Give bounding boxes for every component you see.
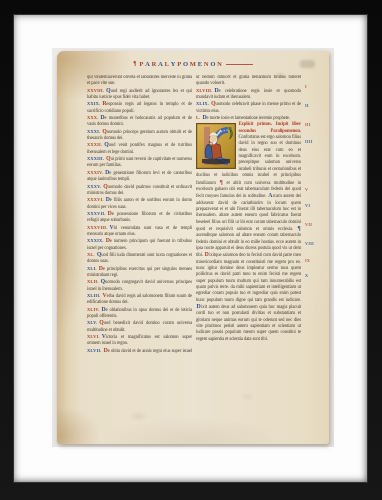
entry-text: e morte iosie et lamentatione ieremie pr…: [207, 116, 290, 121]
chapter-numeral: XLVI.: [87, 334, 102, 339]
figure-cloak: [205, 145, 213, 159]
margin-chapter-numeral: VII: [305, 222, 312, 227]
capitula-entry: XLI.De principibus exercitus qui per sin…: [87, 266, 192, 280]
capitula-entry: XL.Quod filii iuda dinumerati sunt iuxta…: [87, 252, 192, 266]
capitula-entry: XLVII.De obitu david et de annis regni e…: [87, 348, 192, 355]
capitula-entry: XXXII.Quod venit pontifex magnus et de t…: [87, 142, 192, 156]
chapter-numeral: XXXVIII.: [87, 225, 110, 230]
chapter-numeral: XXXIX.: [87, 238, 106, 243]
capitula-entry: XXX.De muneribus et holocaustis ad popul…: [87, 115, 192, 129]
chapter-numeral: XXXVI.: [87, 197, 106, 202]
margin-chapter-numeral: III: [305, 122, 311, 127]
manuscript-leaf: ¶PARALYPOMENON qui vindemiaverunt olivet…: [57, 51, 329, 444]
margin-chapter-numeral: VI: [305, 203, 310, 208]
chapter-numeral: XLVII.: [87, 348, 104, 353]
chapter-numeral: XLIX.: [196, 101, 211, 106]
right-text-column: ut bellum dimicet et gratia bellantium f…: [196, 75, 301, 355]
body-segment: ixitque salomon deo tu fecisti cum david…: [196, 253, 301, 302]
capitula-entry: XXIX.Responsio regis ad legatos in templ…: [87, 101, 192, 115]
chapter-numeral: XXXV.: [87, 184, 103, 189]
illuminated-initial: [196, 123, 236, 169]
margin-chapter-numeral: V: [305, 187, 308, 192]
capitula-entry: L.De morte iosie et lamentatione ieremie…: [196, 115, 301, 122]
capitula-entry: XLVIII.De celebratione regis iosie et qu…: [196, 88, 301, 102]
chapter-numeral: XLVIII.: [196, 88, 215, 93]
chapter-numeral: XLV.: [87, 320, 99, 325]
margin-chapter-numbers: IIIIIIIIIIVVIVIIVIIIIXX: [305, 51, 327, 444]
inline-colored-initial: ¶: [297, 226, 301, 232]
rubric-text: Explicit primus. Incipit liber secundus …: [239, 122, 302, 133]
capitula-entry: XXXIV.De generatione filiorum levi et de…: [87, 170, 192, 184]
capitula-entry: XXXVI.De filiis aaron et de sortibus eor…: [87, 197, 192, 211]
margin-chapter-numeral: II: [305, 103, 309, 108]
capitula-entry: XLV.Quod benedixit david domino coram un…: [87, 320, 192, 334]
title-flourish: [226, 64, 253, 65]
left-text-column: qui vindemiaverunt oliveta et laborantes…: [87, 75, 192, 355]
body-segment: ixit autem deus ad salomonem quia hoc ma…: [196, 305, 301, 342]
photo-backdrop: ¶PARALYPOMENON qui vindemiaverunt olivet…: [52, 48, 334, 447]
capitula-entry: XLIX.Quomodo celebravit phase in mense p…: [196, 101, 301, 115]
capitula-entry: XXVIII.Quod regi audierit ad ignorantes …: [87, 88, 192, 102]
chapter-numeral: XXXI.: [87, 129, 102, 134]
margin-chapter-numeral: X: [305, 273, 308, 278]
margin-chapter-numeral: IIII: [305, 139, 313, 144]
chapter-numeral: XXVIII.: [87, 88, 106, 93]
right-entries: XLVIII.De celebratione regis iosie et qu…: [196, 88, 301, 123]
capitula-entry: XLVI.Victoria et magnificatus est salomo…: [87, 334, 192, 348]
lead-text: ut bellum dimicet et gratia bellantium f…: [196, 75, 301, 88]
title-paraph: ¶: [133, 61, 136, 67]
entry-text: uod filii iuda dinumerati sunt iuxta cog…: [87, 253, 192, 264]
capitula-entry: XXXVIII.Vbi venumdata sunt vasa et de te…: [87, 225, 192, 239]
margin-chapter-numeral: I: [305, 84, 307, 89]
left-entries: XXVIII.Quod regi audierit ad ignorantes …: [87, 88, 192, 355]
figure-ground: [202, 159, 230, 165]
capitula-entry: XXXI.Quomodo princeps gentium aurum obtu…: [87, 129, 192, 143]
book-opening: Explicit primus. Incipit liber secundus …: [196, 122, 301, 343]
running-title: ¶PARALYPOMENON: [57, 58, 329, 70]
chapter-numeral: XXXIII.: [87, 156, 106, 161]
entry-text: uod benedixit david domino coram univers…: [87, 321, 192, 332]
capitula-entry: XXXV.Quomodo david psalmos constituit et…: [87, 184, 192, 198]
title-letter: O: [182, 61, 189, 68]
capitula-entry: XLII.Quomodo congregavit david universos…: [87, 279, 192, 293]
capitula-entry: XXXIX.De numero principum qui fuerunt in…: [87, 238, 192, 252]
capitula-entry: XLIII.Verba david regis ad salomonem fil…: [87, 293, 192, 307]
chapter-numeral: XL.: [87, 252, 97, 257]
capitula-entry: XXXVII.De possessione filiorum et de civ…: [87, 211, 192, 225]
capitula-entry: XXXIII.Qui primi sunt reversi de captivi…: [87, 156, 192, 170]
title-letter: M: [189, 61, 197, 68]
title-letter: O: [209, 61, 216, 68]
chapter-numeral: XLIII.: [87, 293, 103, 298]
margin-chapter-numeral: VIII: [305, 241, 314, 246]
chapter-numeral: XLI.: [87, 266, 99, 271]
entry-text: e principibus exercitus qui per singulos…: [87, 267, 192, 278]
lead-text: qui vindemiaverunt oliveta et laborantes…: [87, 75, 192, 88]
chapter-numeral: XXXII.: [87, 142, 104, 147]
chapter-numeral: XXXVII.: [87, 211, 108, 216]
capitula-entry: XLIV.De oblationibus in opus domus dei e…: [87, 307, 192, 321]
mat-board: ¶PARALYPOMENON qui vindemiaverunt olivet…: [13, 14, 368, 483]
figure-hand: [210, 142, 213, 145]
title-letter: N: [216, 61, 222, 68]
chapter-numeral: XXXIV.: [87, 170, 105, 175]
chapter-numeral: XXX.: [87, 115, 100, 120]
initial-vine-bud: [228, 127, 231, 130]
chapter-numeral: XLIV.: [87, 307, 102, 312]
chapter-numeral: XLII.: [87, 279, 101, 284]
body-segment: rcam autem dei adduxerat david de cariat…: [196, 194, 301, 232]
margin-chapter-numeral: IX: [305, 258, 310, 263]
picture-frame: ¶PARALYPOMENON qui vindemiaverunt olivet…: [0, 0, 382, 500]
chapter-numeral: XXIX.: [87, 101, 102, 106]
